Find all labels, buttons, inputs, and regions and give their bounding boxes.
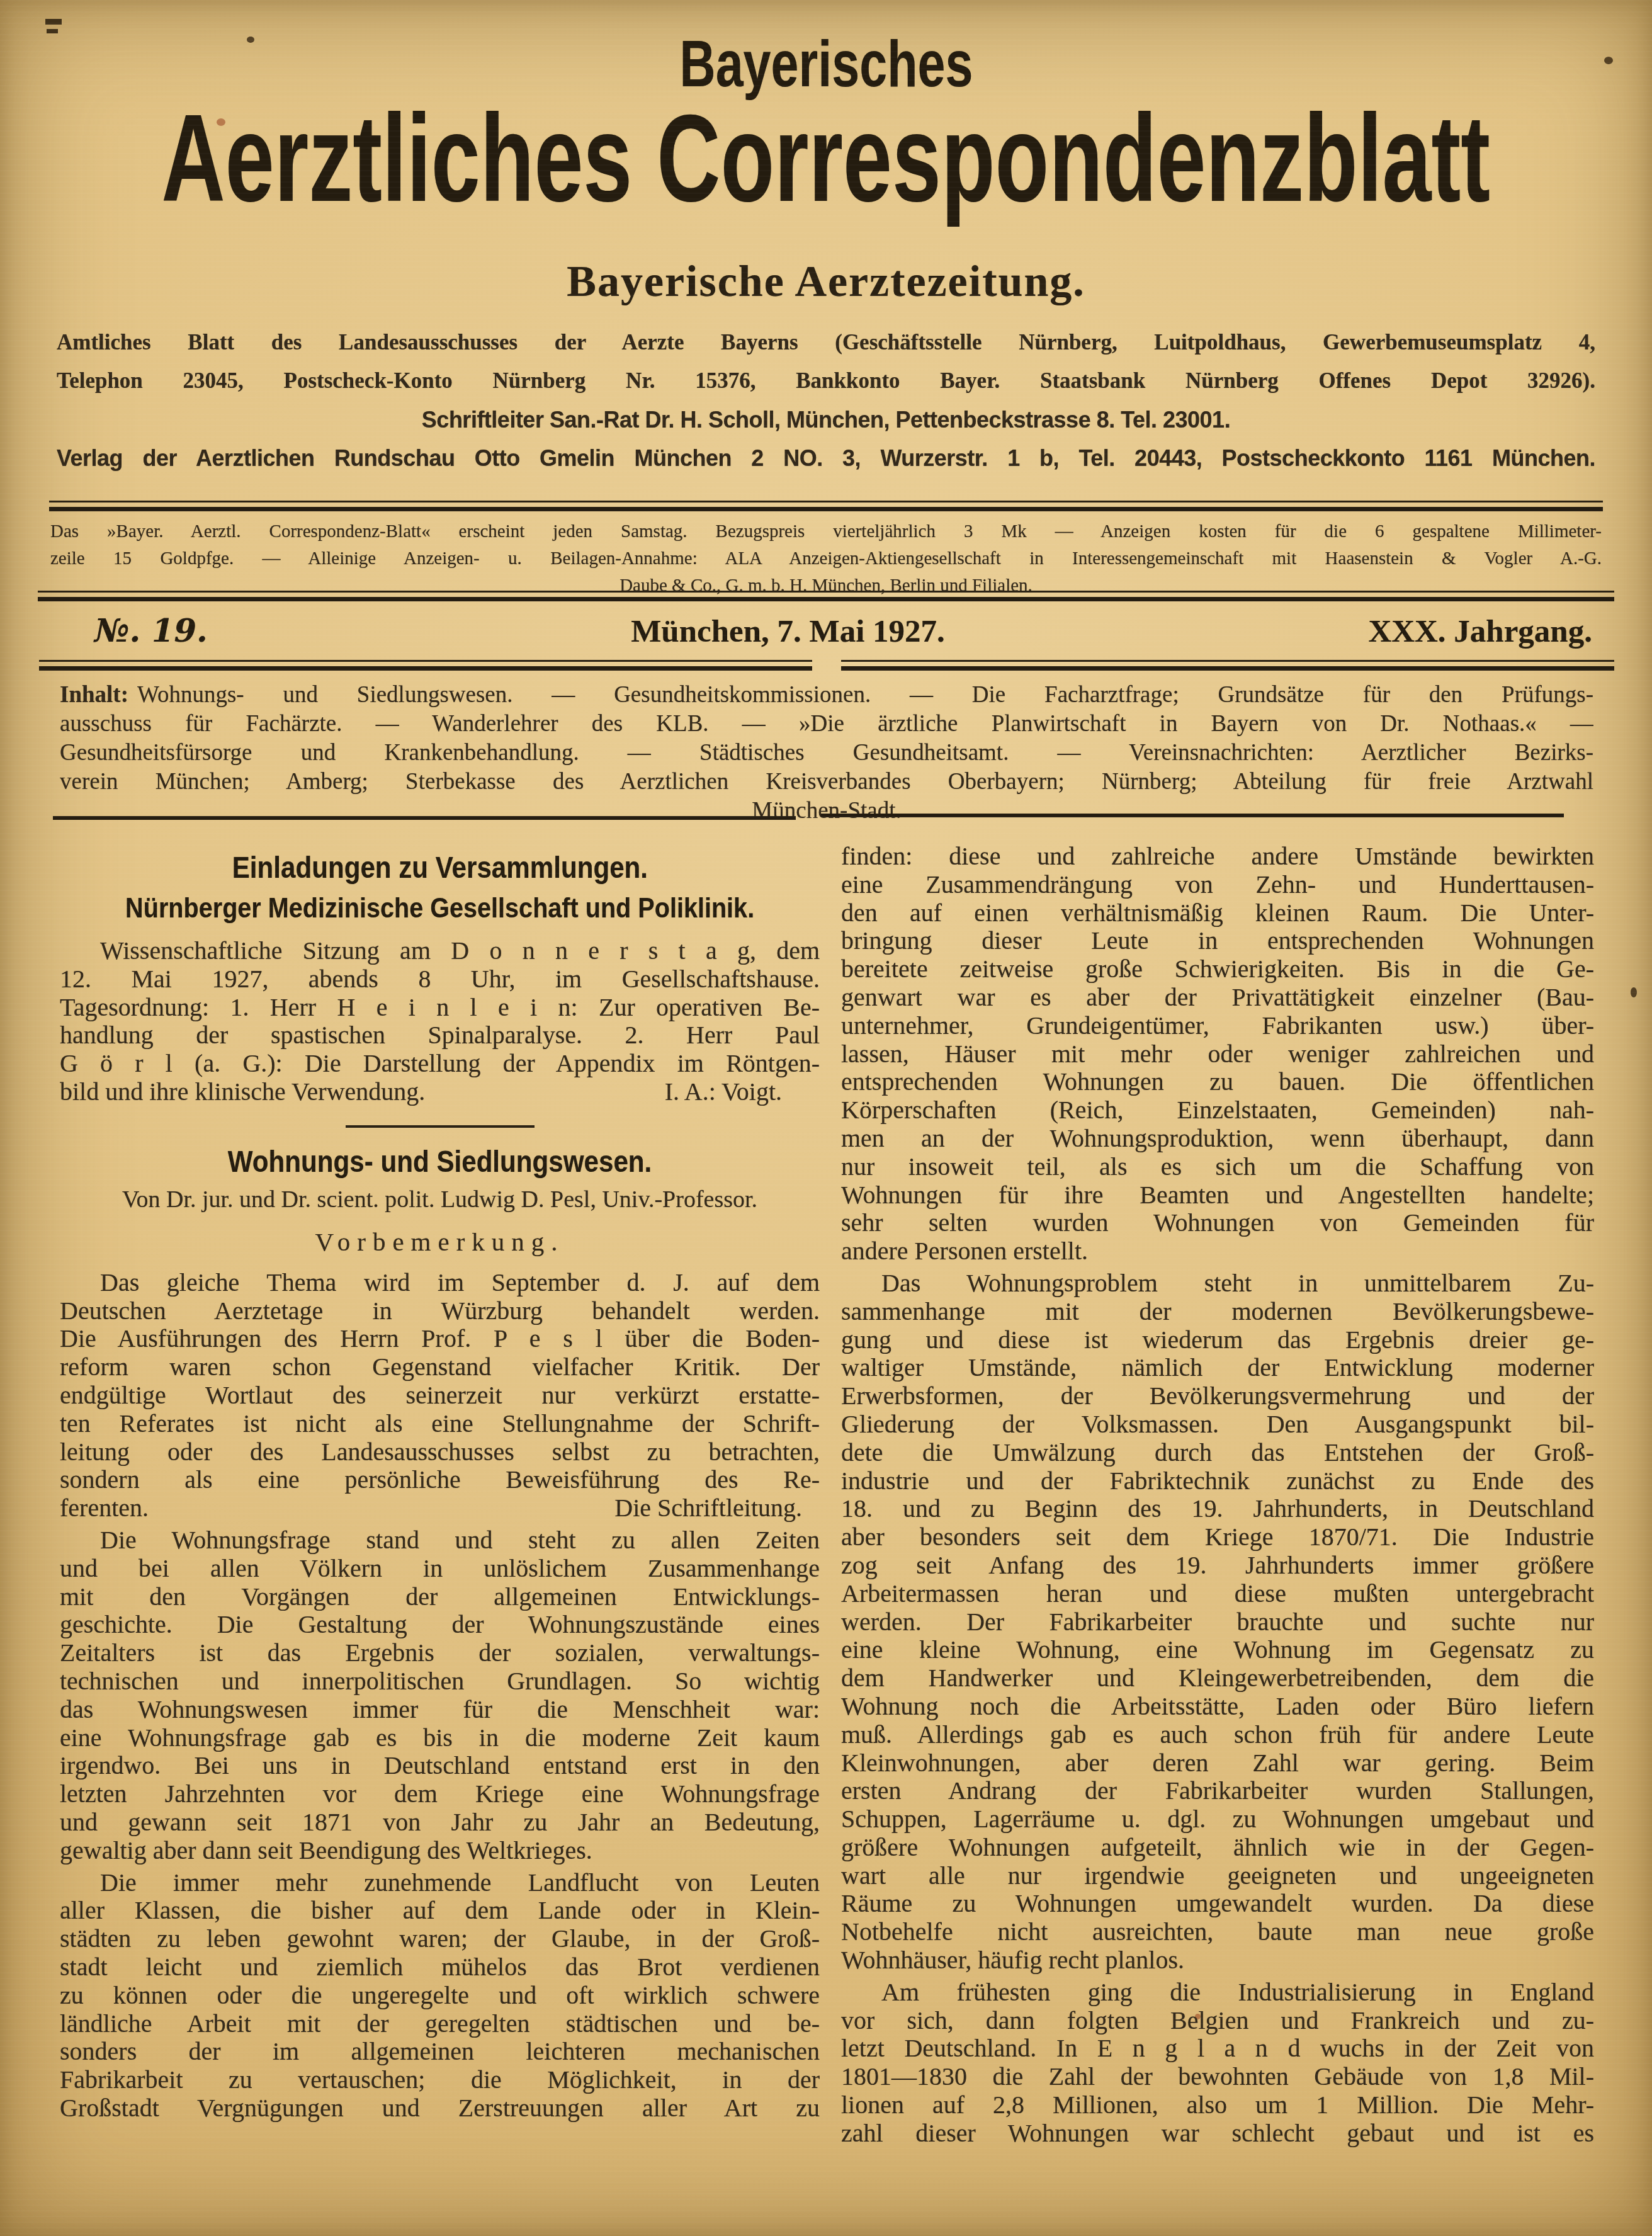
text-line: leitung oder des Landesausschusses selbs… [60, 1438, 820, 1467]
text-line: Das Wohnungsproblem steht in unmittelbar… [841, 1269, 1594, 1298]
section-subheading: Nürnberger Medizinische Gesellschaft und… [60, 892, 820, 924]
text-line: Die immer mehr zunehmende Landflucht von… [60, 1869, 820, 1897]
paragraph: Die Wohnungsfrage stand und steht zu all… [60, 1526, 820, 1865]
paragraph: Wissenschaftliche Sitzung am D o n n e r… [60, 937, 820, 1106]
text-line: letzt Deutschland. In E n g l a n d wuch… [841, 2035, 1594, 2063]
masthead-info: Amtliches Blatt des Landesausschusses de… [57, 330, 1595, 484]
text-line: größere Wohnungen aufgeteilt, ähnlich wi… [841, 1834, 1594, 1862]
section-heading-text: Einladungen zu Versammlungen. [232, 850, 647, 885]
text-line: ersten Andrang der Fabrikarbeiter wurden… [841, 1777, 1594, 1805]
section-heading: Einladungen zu Versammlungen. [60, 850, 820, 885]
text-line: bereitete zeitweise große Schwierigkeite… [841, 955, 1594, 984]
text-line: waltiger Umstände, nämlich der Entwicklu… [841, 1354, 1594, 1382]
masthead-title-text: Aerztliches Correspondenzblatt [162, 96, 1490, 222]
text-line: bild und ihre klinische Verwendung.I. A.… [60, 1078, 820, 1106]
text-line: Kleinwohnungen, aber deren Zahl war geri… [841, 1749, 1594, 1778]
text-line: werden. Der Fabrikarbeiter brauchte und … [841, 1608, 1594, 1637]
text-line: geschichte. Die Gestaltung der Wohnungsz… [60, 1611, 820, 1639]
text-line: handlung der spastischen Spinalparalyse.… [60, 1021, 820, 1050]
section-heading-text: Wohnungs- und Siedlungswesen. [228, 1144, 652, 1179]
text-line: Fabrikarbeit zu vertauschen; die Möglich… [60, 2066, 820, 2094]
text-line: 1801—1830 die Zahl der bewohnten Gebäude… [841, 2063, 1594, 2091]
ink-speck [45, 19, 62, 25]
text-line: Am frühesten ging die Industrialisierung… [841, 1978, 1594, 2007]
text-line: ferenten.Die Schriftleitung. [60, 1494, 820, 1523]
journal-page: Bayerisches Aerztliches Correspondenzbla… [0, 0, 1652, 2236]
text-line: bringung dieser Leute in entsprechenden … [841, 927, 1594, 955]
text-line: wart alle nur irgendwie geeigneten und u… [841, 1862, 1594, 1890]
text-line: eine Wohnungsfrage gab es bis in die mod… [60, 1724, 820, 1752]
text-line: genwart war es aber der Privattätigkeit … [841, 984, 1594, 1012]
issue-volume: XXX. Jahrgang. [1368, 613, 1592, 650]
text-line: Zeitalters ist das Ergebnis der sozialen… [60, 1639, 820, 1667]
text-line: Die Ausführungen des Herrn Prof. P e s l… [60, 1325, 820, 1353]
text-line: 12. Mai 1927, abends 8 Uhr, im Gesellsch… [60, 965, 820, 994]
paragraph: Die immer mehr zunehmende Landflucht von… [60, 1869, 820, 2123]
text-line: den auf einen verhältnismäßig kleinen Ra… [841, 899, 1594, 928]
text-line: muß. Allerdings gab es auch schon früh f… [841, 1721, 1594, 1749]
text-line: Verlag der Aerztlichen Rundschau Otto Gm… [57, 445, 1595, 484]
paragraph: Das Wohnungsproblem steht in unmittelbar… [841, 1269, 1594, 1975]
masthead-kicker-text: Bayerisches [679, 30, 973, 99]
text-line: mit den Vorgängen der allgemeinen Entwic… [60, 1583, 820, 1611]
line-right: I. A.: Voigt. [665, 1078, 782, 1106]
text-line: nur insoweit teil, als es sich um die Sc… [841, 1153, 1594, 1181]
text-line: Schuppen, Lagerräume u. dgl. zu Wohnunge… [841, 1805, 1594, 1834]
rule-top [49, 501, 1603, 511]
text-line: eine kleine Wohnung, eine Wohnung im Geg… [841, 1636, 1594, 1664]
text-line: dete die Umwälzung durch das Entstehen d… [841, 1439, 1594, 1467]
text-line: Gesundheitsfürsorge und Krankenbehandlun… [60, 739, 1593, 768]
text-line: zeile 15 Goldpfge. — Alleinige Anzeigen-… [50, 548, 1602, 576]
rule-below-issue [39, 660, 1614, 671]
section-subheading-text: Nürnberger Medizinische Gesellschaft und… [125, 892, 754, 924]
text-line: München-Stadt. [60, 797, 1593, 826]
text-line: Wissenschaftliche Sitzung am D o n n e r… [60, 937, 820, 965]
paragraph: Das gleiche Thema wird im September d. J… [60, 1269, 820, 1523]
text-line: verein München; Amberg; Sterbekasse des … [60, 768, 1593, 797]
text-line: Arbeitermassen heran und diese mußten un… [841, 1580, 1594, 1608]
text-line: sehr selten wurden Wohnungen von Gemeind… [841, 1209, 1594, 1237]
rule-below-contents [53, 816, 1564, 820]
text-line: Räume zu Wohnungen umgewandelt wurden. D… [841, 1890, 1594, 1918]
text-line: sammenhange mit der modernen Bevölkerung… [841, 1298, 1594, 1326]
text-line: entsprechenden Wohnungen zu bauen. Die ö… [841, 1068, 1594, 1096]
section-heading: Wohnungs- und Siedlungswesen. [60, 1144, 820, 1179]
issue-line: №. 19. München, 7. Mai 1927. XXX. Jahrga… [0, 612, 1652, 650]
masthead-title: Aerztliches Correspondenzblatt [0, 96, 1652, 222]
section-divider [346, 1125, 535, 1128]
text-line: irgendwo. Bei uns in Deutschland entstan… [60, 1752, 820, 1780]
text-line: dem Handwerker und Kleingewerbetreibende… [841, 1664, 1594, 1693]
line-left: ferenten. [60, 1494, 149, 1523]
text-line: aber besonders seit dem Kriege 1870/71. … [841, 1523, 1594, 1552]
masthead-subtitle: Bayerische Aerztezeitung. [0, 257, 1652, 307]
byline: Von Dr. jur. und Dr. scient. polit. Ludw… [60, 1186, 820, 1214]
text-line: lassen, Häuser mit mehr oder weniger zah… [841, 1040, 1594, 1069]
text-line: unternehmer, Grundeigentümer, Fabrikante… [841, 1012, 1594, 1040]
table-of-contents: Inhalt:Wohnungs- und Siedlungswesen. — G… [60, 681, 1593, 826]
text-line: Erwerbsformen, der Bevölkerungsvermehrun… [841, 1382, 1594, 1410]
text-line: Schriftleiter San.-Rat Dr. H. Scholl, Mü… [57, 407, 1595, 445]
text-line: reform waren schon Gegenstand vielfacher… [60, 1353, 820, 1382]
text-line: und gewann seit 1871 von Jahr zu Jahr an… [60, 1808, 820, 1837]
text-line: zu können oder die ungeregelte und oft w… [60, 1982, 820, 2010]
text-line: ausschuss für Fachärzte. — Wanderlehrer … [60, 710, 1593, 739]
text-line: stadt leicht und ziemlich mühelos das Br… [60, 1953, 820, 1982]
text-line: Deutschen Aerztetage in Würzburg behande… [60, 1297, 820, 1325]
text-line: Das »Bayer. Aerztl. Correspondenz-Blatt«… [50, 521, 1602, 548]
text-line: industrie und der Fabriktechnik zunächst… [841, 1467, 1594, 1495]
text-line: vor sich, dann folgten Belgien und Frank… [841, 2007, 1594, 2035]
text-line: zog seit Anfang des 19. Jahrhunderts imm… [841, 1552, 1594, 1580]
text-line: Gliederung der Volksmassen. Den Ausgangs… [841, 1410, 1594, 1439]
text-line: andere Personen erstellt. [841, 1237, 1594, 1266]
text-line: technischen und innerpolitischen Grundla… [60, 1667, 820, 1696]
column-right: finden: diese und zahlreiche andere Umst… [841, 843, 1594, 2152]
text-line: finden: diese und zahlreiche andere Umst… [841, 843, 1594, 871]
text-line: aller Klassen, die bisher auf dem Lande … [60, 1897, 820, 1925]
text-line: gung und diese ist wiederum das Ergebnis… [841, 1326, 1594, 1354]
text-line: Telephon 23045, Postscheck-Konto Nürnber… [57, 368, 1595, 407]
text-line: Amtliches Blatt des Landesausschusses de… [57, 330, 1595, 368]
line-right: Die Schriftleitung. [614, 1494, 802, 1523]
text-line: Inhalt:Wohnungs- und Siedlungswesen. — G… [60, 681, 1593, 710]
text-line: 18. und zu Beginn des 19. Jahrhunderts, … [841, 1495, 1594, 1523]
paragraph: finden: diese und zahlreiche andere Umst… [841, 843, 1594, 1266]
text-line: Wohnhäuser, häufig recht planlos. [841, 1946, 1594, 1975]
text-line: Die Wohnungsfrage stand und steht zu all… [60, 1526, 820, 1555]
text-line: Körperschaften (Reich, Einzelstaaten, Ge… [841, 1096, 1594, 1125]
column-left: Einladungen zu Versammlungen.Nürnberger … [60, 843, 820, 2126]
rule-above-issue [38, 591, 1614, 601]
text-line: gewaltig aber dann seit Beendigung des W… [60, 1837, 820, 1865]
text-line: das Wohnungswesen immer für die Menschhe… [60, 1696, 820, 1724]
text-line: eine Zusammendrängung von Zehn- und Hund… [841, 871, 1594, 899]
text-line: Wohnung noch die Arbeitsstätte, Laden od… [841, 1693, 1594, 1721]
text-line: Großstadt Vergnügungen und Zerstreuungen… [60, 2094, 820, 2123]
ink-speck [1631, 987, 1637, 997]
text-line: men an der Wohnungsproduktion, wenn über… [841, 1125, 1594, 1153]
masthead-kicker: Bayerisches [0, 30, 1652, 99]
text-line: Das gleiche Thema wird im September d. J… [60, 1269, 820, 1297]
text-line: G ö r l (a. G.): Die Darstellung der App… [60, 1050, 820, 1078]
text-line: ländliche Arbeit mit der geregelten städ… [60, 2010, 820, 2038]
text-line: endgültige Wortlaut des seinerzeit nur v… [60, 1382, 820, 1410]
issue-number: №. 19. [94, 612, 208, 650]
issue-date: München, 7. Mai 1927. [631, 613, 945, 650]
text-line: ten Referates ist nicht als eine Stellun… [60, 1410, 820, 1438]
text-line: sonders der im allgemeinen leichteren me… [60, 2038, 820, 2066]
text-line: sondern als eine persönliche Beweisführu… [60, 1466, 820, 1494]
text-line: letzten Jahrzehnten vor dem Kriege eine … [60, 1780, 820, 1808]
text-line: lionen auf 2,8 Millionen, also um 1 Mill… [841, 2091, 1594, 2120]
line-left: bild und ihre klinische Verwendung. [60, 1078, 425, 1106]
text-line: und bei allen Völkern in unlöslichem Zus… [60, 1555, 820, 1583]
text-line: Notbehelfe nicht ausreichten, baute man … [841, 1918, 1594, 1946]
text-line: zahl dieser Wohnungen war schlecht gebau… [841, 2120, 1594, 2148]
text-line: Wohnungen für ihre Beamten und Angestell… [841, 1181, 1594, 1210]
text-line: städten zu leben gewohnt waren; der Glau… [60, 1925, 820, 1953]
text-line: Tagesordnung: 1. Herr H e i n l e i n: Z… [60, 994, 820, 1022]
paragraph: Am frühesten ging die Industrialisierung… [841, 1978, 1594, 2148]
contents-label: Inhalt: [60, 682, 137, 708]
sub-section-heading: Vorbemerkung. [60, 1228, 820, 1256]
